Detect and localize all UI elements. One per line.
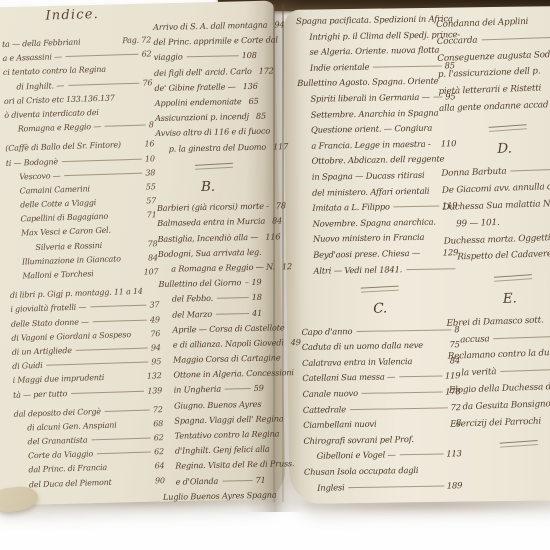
leader-line xyxy=(121,424,151,425)
entry-text: Bullettino del Giorno xyxy=(158,277,241,289)
leader-line xyxy=(108,377,144,378)
entry-text: ti — Bodognè xyxy=(6,157,58,168)
entry-text: Canale nuovo xyxy=(303,388,358,399)
entry-text: Reclamano contro la du xyxy=(448,349,550,363)
entry-page-number: 10 xyxy=(145,154,155,163)
entry-text: Altri — Vedi nel 1841. xyxy=(300,264,402,276)
entry-text: a e Assassini — xyxy=(2,52,62,63)
entry-text: a Romagna e Reggio — N. xyxy=(158,261,275,273)
entry-text: Inglesi xyxy=(304,482,344,493)
entry-text: la verità xyxy=(448,367,496,379)
entry-page-number: 84 xyxy=(148,253,158,262)
entry-text: delle Cotte a Viaggi xyxy=(7,198,96,210)
entry-text: Questione orient. — Congiura xyxy=(298,123,432,135)
index-entry-row xyxy=(445,266,550,288)
entry-page-number: 78 xyxy=(276,200,286,210)
leader-line xyxy=(125,258,145,259)
leader-line xyxy=(84,41,119,42)
entry-text: Vescovo — xyxy=(6,171,61,182)
entry-text: p. l'assicurazione dell p. xyxy=(438,67,541,81)
entry-text: d'Inghilt. Genj felici alla xyxy=(162,444,270,456)
entry-text: di Inghilt. — xyxy=(3,81,64,92)
entry-page-number: 16 xyxy=(144,140,154,149)
entry-page-number: 108 xyxy=(242,50,257,60)
leader-line xyxy=(66,54,139,57)
leader-line xyxy=(62,158,142,162)
leader-line xyxy=(545,88,550,89)
index-entry-row: E. xyxy=(445,283,550,318)
leader-line xyxy=(350,407,448,410)
entry-page-number: 8 xyxy=(149,120,154,129)
entry-page-number: 71 xyxy=(147,210,157,219)
leader-line xyxy=(93,319,147,322)
entry-text: Capo d'anno xyxy=(301,326,352,337)
leader-line xyxy=(216,313,249,315)
entry-text: (Caffè di Ballo del Sr. Fintore) xyxy=(5,141,121,154)
leader-line xyxy=(394,206,439,208)
leader-line xyxy=(400,454,444,456)
leader-line xyxy=(111,467,152,468)
leader-line xyxy=(245,282,248,283)
entry-text: Capellini di Bagagiano xyxy=(7,212,108,224)
leader-line xyxy=(422,470,459,471)
entry-page-number: 116 xyxy=(265,231,280,241)
entry-page-number: 62 xyxy=(142,49,152,58)
leader-line xyxy=(544,71,550,72)
entry-text: Balmaseda entra in Murcia xyxy=(157,216,265,228)
leader-line xyxy=(125,145,142,146)
index-entry-row xyxy=(301,278,459,297)
leader-line xyxy=(103,7,104,23)
leader-line xyxy=(349,485,444,488)
index-entry-row: D. xyxy=(440,134,550,169)
entry-text: Indice. xyxy=(45,7,99,24)
leader-line xyxy=(103,111,151,112)
index-entry-row xyxy=(156,157,259,175)
entry-text: Chirografi sovrani pel Prof. xyxy=(303,434,414,446)
entry-page-number: 117 xyxy=(273,141,288,151)
entry-text: Arrivo di S. A. dall montagna xyxy=(153,20,268,32)
leader-line xyxy=(222,480,252,482)
entry-text: Maggio Corsa di Cartagine xyxy=(160,352,281,365)
entry-text: Indie orientale xyxy=(297,62,370,73)
index-entry-row: B. xyxy=(156,172,260,203)
leader-line xyxy=(98,273,141,274)
entry-text: C. xyxy=(373,301,387,317)
leader-line xyxy=(94,188,143,190)
leader-line xyxy=(71,390,144,393)
entry-text: D. xyxy=(497,141,512,157)
leader-line xyxy=(493,335,550,339)
leader-line xyxy=(100,202,143,203)
entry-text: e d'Olanda xyxy=(163,475,219,486)
index-entry-row: Indice. xyxy=(1,5,151,40)
leader-line xyxy=(217,297,249,299)
entry-page-number: 78 xyxy=(147,239,157,248)
entry-text: Silveria e Rossini xyxy=(8,241,102,253)
entry-page-number: Pag. 72 xyxy=(122,35,151,45)
leader-line xyxy=(481,36,550,40)
manuscript-photo: Indice. ta — della Febbriani Pag. 72 a e… xyxy=(0,0,550,550)
entry-page-number: 38 xyxy=(145,168,155,177)
entry-text: Nuovo ministero in Francia xyxy=(300,232,424,244)
entry-page-number: 65 xyxy=(248,96,258,106)
entry-page-number: 94 xyxy=(274,19,284,29)
entry-text: Coccarda xyxy=(437,35,478,46)
leader-line xyxy=(76,347,148,350)
entry-page-number: 49 xyxy=(291,337,301,347)
entry-text: del Granantista xyxy=(14,436,87,447)
entry-page-number: 19 xyxy=(251,277,261,287)
entry-text: Beyd'aosi prese. Chiesa — xyxy=(300,248,420,260)
entry-page-number: 85 xyxy=(256,111,266,121)
entry-text: Luglio Buenos Ayres Spagna xyxy=(163,489,277,501)
leader-line xyxy=(362,392,442,394)
leader-line xyxy=(90,305,146,308)
leader-line xyxy=(106,244,145,245)
entry-page-number: 71 xyxy=(255,474,265,484)
entry-text: i giovialtà fratelli — xyxy=(10,303,86,314)
leader-line xyxy=(225,388,251,390)
entry-text: Bodogni, Sua arrivata leg. xyxy=(158,247,262,259)
index-entry-row xyxy=(451,432,550,454)
index-entry-row xyxy=(440,116,550,138)
entry-text: di alcuni Gen. Anspiani xyxy=(14,420,117,432)
entry-text: B. xyxy=(201,178,215,194)
entry-text: dal deposito dei Corgè xyxy=(14,407,101,419)
entry-text: ò diventa interdicato dei xyxy=(4,108,99,120)
index-entry-row: C. xyxy=(301,295,459,327)
entry-text: pietà letterarii e Ristetti xyxy=(438,84,541,98)
entry-page-number: 107 xyxy=(143,267,158,276)
entry-text: Imitata a L. Filippo xyxy=(299,202,390,214)
leader-line xyxy=(105,409,150,411)
entry-text: Esercizij dei Parrochi xyxy=(450,416,541,429)
leader-line xyxy=(110,69,149,70)
entry-text: Donna Barbuta xyxy=(441,167,506,179)
index-entry-row: Inglesi 189 xyxy=(304,480,462,498)
entry-page-number: 76 xyxy=(142,78,152,87)
entry-text: Appolini endemoniate xyxy=(155,96,242,108)
entry-text: Intrighi p. il Clima dell Spedj. prince- xyxy=(296,29,460,42)
entry-text: Condanna dei Applini xyxy=(436,17,528,30)
leader-line xyxy=(380,424,453,425)
entry-page-number: 189 xyxy=(447,480,463,490)
entry-text: dei figli dell' arcid. Carlo xyxy=(154,66,252,78)
entry-text: Cattedrale xyxy=(303,404,346,415)
leader-line xyxy=(532,21,550,22)
entry-text: 99 — 101. xyxy=(443,218,500,230)
entry-text: viaggio xyxy=(154,52,183,63)
entry-text: in Spagna — Ducass ritirasi xyxy=(299,170,425,182)
entry-text: del ministero. Affari orientali xyxy=(299,185,429,197)
entry-text: ci tentato contro la Regina xyxy=(3,65,106,77)
entry-text: Ottobre. Abdicazn. dell reggente xyxy=(298,154,444,167)
leader-line xyxy=(116,481,152,482)
entry-text: Camaini Camerini xyxy=(7,184,90,196)
entry-text: in Ungheria xyxy=(161,384,221,395)
entry-text: Chusan Isola occupata dagli xyxy=(304,465,419,477)
leader-line xyxy=(64,172,142,175)
entry-page-number: 55 xyxy=(146,182,156,191)
entry-text: del Febbo. xyxy=(159,293,213,304)
entry-text: Ciambellani nuovi xyxy=(303,419,376,430)
leader-line xyxy=(503,220,550,222)
entry-text: Max Vesci e Caron Gel. xyxy=(8,226,111,238)
entry-text: Barbieri (già ricorsi) morte - xyxy=(157,201,269,213)
index-column-1: Indice. ta — della Febbriani Pag. 72 a e… xyxy=(1,5,165,494)
leader-line xyxy=(91,438,150,441)
entry-text: ta — della Febbriani xyxy=(2,38,81,49)
leader-line xyxy=(416,361,447,362)
entry-text: Settembre. Anarchia in Spagna xyxy=(298,107,439,119)
leader-line xyxy=(399,376,442,378)
entry-text: delle Stato donne — xyxy=(11,317,89,328)
leader-line xyxy=(500,369,550,373)
entry-text: tà — per tutto xyxy=(13,389,67,400)
entry-page-number: 18 xyxy=(252,292,262,302)
leader-line xyxy=(186,56,238,58)
entry-text: del Duca del Piemont xyxy=(16,477,112,489)
entry-text: Giugno. Buenos Ayres xyxy=(161,398,261,410)
entry-text: del Marzo xyxy=(159,308,212,319)
entry-text: di libri p. Gigj p. montagg. 11 a 14 xyxy=(10,287,143,300)
entry-text: Avviso altro di 116 e di fuoco xyxy=(155,126,270,138)
entry-text: i Maggi due imprudenti xyxy=(13,373,105,385)
leader-line xyxy=(112,216,144,217)
entry-text: Romagna e Reggio — xyxy=(5,122,102,134)
entry-text: Assicurazioni p. incendj xyxy=(155,111,249,123)
leader-line xyxy=(119,97,150,98)
leader-line xyxy=(373,65,441,67)
leader-line xyxy=(68,82,140,85)
leader-line xyxy=(105,125,146,127)
index-column-2: Arrivo di S. A. dall montagna 94 del Pri… xyxy=(153,20,266,507)
entry-text: Bastiglia, Incendiò alla — xyxy=(157,231,258,243)
index-column-4: Condanna dei Applini Coccarda Conseguenz… xyxy=(436,16,550,454)
entry-text: Malloni e Torchesi xyxy=(9,269,93,281)
entry-text: Novembre. Spagna anarchica. xyxy=(300,216,436,228)
entry-text: Gibelloni e Vogel — xyxy=(304,450,396,462)
leader-line xyxy=(356,329,451,332)
leader-line xyxy=(97,452,151,455)
entry-text: Tentativo contro la Regina xyxy=(162,428,280,440)
entry-text: Calatrava entra in Valencia xyxy=(302,356,412,368)
entry-text: dal Princ. di Francia xyxy=(15,463,107,475)
entry-text: di Guidi xyxy=(12,361,43,371)
entry-page-number: 172 xyxy=(259,65,274,75)
entry-page-number: 59 xyxy=(254,383,264,393)
entry-page-number: 84 xyxy=(272,216,282,226)
entry-text: Bullettino Agosto. Spagna. Oriente xyxy=(297,76,438,88)
entry-text: di un Artigliede xyxy=(12,346,72,357)
leader-line xyxy=(545,420,550,421)
entry-text: Spagna pacificata. Spedizioni in Africa xyxy=(296,13,453,26)
entry-text: Ebrei di Damasco sott. xyxy=(446,315,543,328)
entry-text: p. la ginestra del Duomo xyxy=(156,141,267,153)
entry-page-number: 57 xyxy=(146,196,156,205)
entry-text: Spiriti liberali in Germania — xyxy=(297,92,429,104)
entry-text: Caduta di un uomo dalla neve xyxy=(302,340,423,352)
entry-text: E. xyxy=(503,290,517,306)
entry-text: a Francia. Legge in maestra - xyxy=(298,138,431,150)
entry-text: accusa xyxy=(447,334,490,345)
leader-line xyxy=(47,362,149,366)
entry-text: de' Gibine fratelle — xyxy=(154,81,236,93)
entry-text: se Algeria. Oriente. nuova flotta xyxy=(297,45,440,57)
index-entry-row: Luglio Buenos Ayres Spagna xyxy=(163,489,266,506)
entry-page-number: 136 xyxy=(243,81,258,91)
entry-page-number: 12 xyxy=(282,261,292,271)
entry-page-number: 41 xyxy=(252,307,262,317)
entry-text: Corte da Viaggio xyxy=(15,450,93,461)
leader-line xyxy=(510,169,550,172)
entry-text: Catellani Sua messa — xyxy=(302,372,395,384)
leader-line xyxy=(115,230,154,231)
